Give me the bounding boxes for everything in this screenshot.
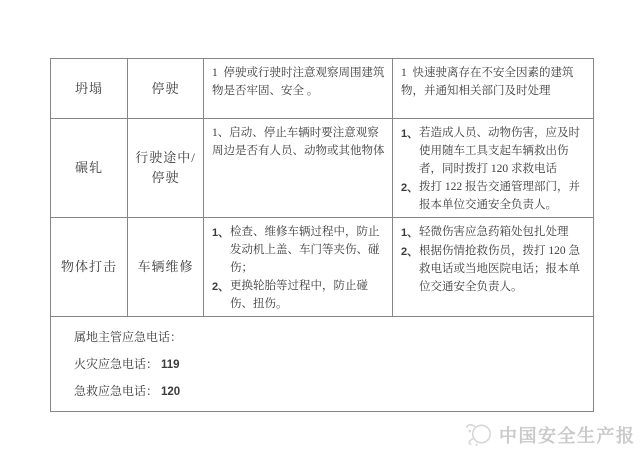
watermark: 中国安全生产报: [463, 418, 636, 452]
numbered-item: 1、 若造成人员、动物伤害，应及时使用随车工具支起车辆救出伤者，同时拨打 120…: [401, 124, 587, 178]
item-number: 2、: [212, 277, 230, 296]
contact-line: 火灾应急电话：119: [74, 356, 583, 374]
table-row-rollover: 碾轧 行驶途中/ 停驶 1、启动、停止车辆时要注意观察周边是否有人员、动物或其他…: [51, 119, 594, 218]
response-cell: 1、 若造成人员、动物伤害，应及时使用随车工具支起车辆救出伤者，同时拨打 120…: [393, 119, 594, 218]
table-row-struck-by-object: 物体打击 车辆维修 1、 检查、维修车辆过程中，防止发动机上盖、车门等夹伤、碰伤…: [51, 218, 594, 317]
emergency-contacts-cell: 属地主管应急电话： 火灾应急电话：119 急救应急电话：120: [51, 317, 594, 412]
response-cell: 1、 轻微伤害应急药箱处包扎处理 2、 根据伤情抢救伤员，拨打 120 急救电话…: [393, 218, 594, 317]
item-number: 1、: [401, 223, 419, 242]
item-text: 更换轮胎等过程中，防止碰伤、扭伤。: [230, 277, 386, 313]
hazard-cell: 坍塌: [51, 59, 128, 119]
numbered-item: 1、 轻微伤害应急药箱处包扎处理: [401, 223, 587, 242]
hazard-cell: 碾轧: [51, 119, 128, 218]
scenario-cell: 车辆维修: [128, 218, 204, 317]
watermark-text: 中国安全生产报: [499, 422, 636, 448]
item-number: 2、: [401, 178, 419, 197]
prevention-cell: 1 停驶或行驶时注意观察周围建筑物是否牢固、安全 。: [204, 59, 393, 119]
table-row-emergency-contacts: 属地主管应急电话： 火灾应急电话：119 急救应急电话：120: [51, 317, 594, 412]
prevention-cell: 1、启动、停止车辆时要注意观察周边是否有人员、动物或其他物体: [204, 119, 393, 218]
numbered-item: 2、 拨打 122 报告交通管理部门，并报本单位交通安全负责人。: [401, 178, 587, 214]
numbered-item: 2、 根据伤情抢救伤员，拨打 120 急救电话或当地医院电话；报本单位交通安全负…: [401, 242, 587, 296]
document-page: 坍塌 停驶 1 停驶或行驶时注意观察周围建筑物是否牢固、安全 。 1 快速驶离存…: [0, 0, 640, 462]
safety-procedures-table: 坍塌 停驶 1 停驶或行驶时注意观察周围建筑物是否牢固、安全 。 1 快速驶离存…: [50, 58, 594, 412]
item-text: 若造成人员、动物伤害，应及时使用随车工具支起车辆救出伤者，同时拨打 120 求救…: [419, 124, 587, 178]
contact-label: 火灾应急电话：: [74, 357, 158, 371]
contact-number: 120: [158, 386, 180, 398]
newspaper-logo-icon: [463, 418, 496, 452]
contact-line: 属地主管应急电话：: [74, 329, 583, 347]
contact-label: 急救应急电话：: [74, 384, 158, 398]
scenario-cell: 停驶: [128, 59, 204, 119]
item-text: 检查、维修车辆过程中，防止发动机上盖、车门等夹伤、碰伤；: [230, 223, 386, 277]
item-number: 1、: [212, 223, 230, 242]
item-text: 拨打 122 报告交通管理部门，并报本单位交通安全负责人。: [419, 178, 587, 214]
item-number: 1、: [401, 124, 419, 143]
item-number: 2、: [401, 242, 419, 261]
contact-label: 属地主管应急电话：: [74, 330, 182, 344]
prevention-cell: 1、 检查、维修车辆过程中，防止发动机上盖、车门等夹伤、碰伤； 2、 更换轮胎等…: [204, 218, 393, 317]
numbered-item: 2、 更换轮胎等过程中，防止碰伤、扭伤。: [212, 277, 386, 313]
contact-number: 119: [158, 359, 180, 371]
numbered-item: 1、 检查、维修车辆过程中，防止发动机上盖、车门等夹伤、碰伤；: [212, 223, 386, 277]
scenario-cell: 行驶途中/ 停驶: [128, 119, 204, 218]
response-cell: 1 快速驶离存在不安全因素的建筑物，并通知相关部门及时处理: [393, 59, 594, 119]
item-text: 根据伤情抢救伤员，拨打 120 急救电话或当地医院电话；报本单位交通安全负责人。: [419, 242, 587, 296]
prevention-text: 1 停驶或行驶时注意观察周围建筑物是否牢固、安全 。: [212, 64, 386, 100]
response-text: 1 快速驶离存在不安全因素的建筑物，并通知相关部门及时处理: [401, 64, 587, 100]
hazard-cell: 物体打击: [51, 218, 128, 317]
table-row-collapse: 坍塌 停驶 1 停驶或行驶时注意观察周围建筑物是否牢固、安全 。 1 快速驶离存…: [51, 59, 594, 119]
contact-number: [182, 332, 185, 344]
prevention-text: 1、启动、停止车辆时要注意观察周边是否有人员、动物或其他物体: [212, 124, 386, 160]
item-text: 轻微伤害应急药箱处包扎处理: [419, 223, 587, 241]
contact-line: 急救应急电话：120: [74, 383, 583, 401]
